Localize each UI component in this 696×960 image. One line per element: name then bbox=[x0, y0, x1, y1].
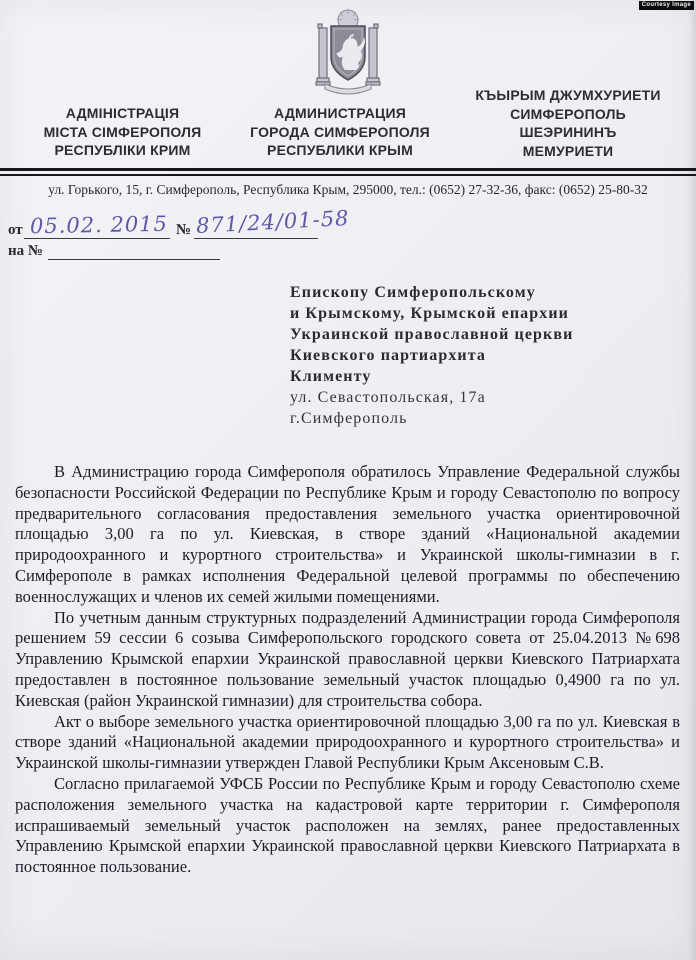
org-line: РЕСПУБЛИКИ КРЫМ bbox=[231, 141, 449, 160]
number-label: № bbox=[176, 222, 191, 239]
recipient-line: и Крымскому, Крымской епархии bbox=[290, 303, 573, 324]
recipient-line: Епископу Симферопольскому bbox=[290, 282, 573, 303]
org-line: АДМІНІСТРАЦІЯ bbox=[20, 104, 225, 123]
paragraph-4: Согласно прилагаемой УФСБ России по Респ… bbox=[15, 774, 680, 878]
crimea-coat-of-arms-icon bbox=[309, 7, 387, 95]
address-line: ул. Горького, 15, г. Симферополь, Респуб… bbox=[0, 182, 696, 198]
letterhead: АДМІНІСТРАЦІЯ МІСТА СІМФЕРОПОЛЯ РЕСПУБЛІ… bbox=[20, 86, 684, 160]
paragraph-2: По учетным данным структурных подразделе… bbox=[15, 608, 680, 712]
number-underline bbox=[194, 222, 318, 239]
letter-body: В Администрацию города Симферополя обрат… bbox=[15, 462, 680, 878]
letterhead-divider-rule bbox=[0, 168, 696, 176]
org-line: МІСТА СІМФЕРОПОЛЯ bbox=[20, 123, 225, 142]
org-name-russian: АДМИНИСТРАЦИЯ ГОРОДА СИМФЕРОПОЛЯ РЕСПУБЛ… bbox=[231, 86, 449, 160]
org-line: ШЕЭРИНИНЪ bbox=[452, 123, 684, 142]
recipient-line: Киевского партиархита bbox=[290, 345, 573, 366]
recipient-line: Клименту bbox=[290, 366, 573, 387]
recipient-block: Епископу Симферопольскому и Крымскому, К… bbox=[290, 282, 573, 429]
scan-edge-shade bbox=[688, 0, 696, 960]
org-line: КЪЫРЫМ ДЖУМХУРИЕТИ bbox=[452, 86, 684, 105]
paragraph-3: Акт о выборе земельного участка ориентир… bbox=[15, 712, 680, 774]
org-line: ГОРОДА СИМФЕРОПОЛЯ bbox=[231, 123, 449, 142]
scanned-letter-page: Courtesy Image АДМІНІСТРАЦІЯ МІСТА СІМФЕ… bbox=[0, 0, 696, 960]
reply-number-underline bbox=[48, 243, 220, 260]
recipient-city-line: г.Симферополь bbox=[290, 408, 573, 429]
date-underline bbox=[24, 222, 170, 239]
org-line: РЕСПУБЛІКИ КРИМ bbox=[20, 141, 225, 160]
courtesy-image-badge: Courtesy Image bbox=[639, 1, 694, 10]
paragraph-1: В Администрацию города Симферополя обрат… bbox=[15, 462, 680, 608]
org-name-crimean-tatar: КЪЫРЫМ ДЖУМХУРИЕТИ СИМФЕРОПОЛЬ ШЕЭРИНИНЪ… bbox=[452, 86, 684, 160]
reply-number-label: на № bbox=[8, 243, 43, 260]
recipient-line: Украинской православной церкви bbox=[290, 324, 573, 345]
date-label: от bbox=[8, 222, 23, 239]
org-name-ukrainian: АДМІНІСТРАЦІЯ МІСТА СІМФЕРОПОЛЯ РЕСПУБЛІ… bbox=[20, 86, 225, 160]
org-line: СИМФЕРОПОЛЬ bbox=[452, 105, 684, 124]
recipient-street-line: ул. Севастопольская, 17а bbox=[290, 387, 573, 408]
org-line: АДМИНИСТРАЦИЯ bbox=[231, 104, 449, 123]
org-line: МЕМУРИЕТИ bbox=[452, 142, 684, 161]
